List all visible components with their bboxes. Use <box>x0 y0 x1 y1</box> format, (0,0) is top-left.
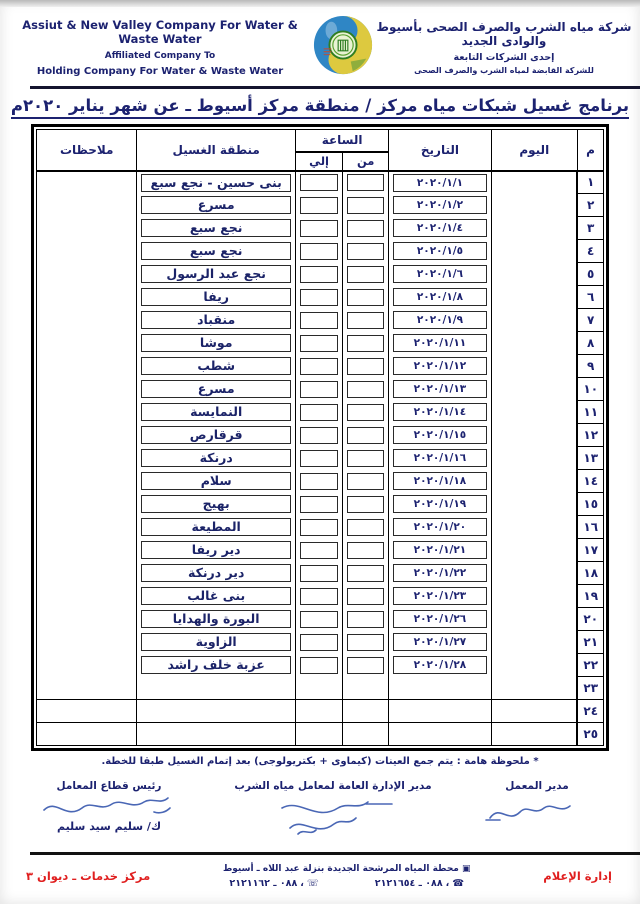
hour-to-box <box>300 381 338 398</box>
day-cell <box>491 286 577 309</box>
area-value: دير ريفا <box>141 541 291 559</box>
date-cell: ٢٠٢٠/١/١٣ <box>389 378 491 401</box>
hour-from-cell <box>343 631 389 654</box>
hour-from-cell <box>343 723 389 746</box>
area-value: البورة والهدايا <box>141 610 291 628</box>
hour-to-box <box>300 427 338 444</box>
hour-from-cell <box>343 654 389 677</box>
hour-from-cell <box>343 401 389 424</box>
hour-from-box <box>347 588 384 605</box>
day-cell <box>491 171 577 194</box>
signature-block: مدير المعمل مدير الإدارة العامة لمعامل م… <box>0 767 640 842</box>
hour-from-cell <box>343 700 389 723</box>
notes-cell <box>37 654 137 677</box>
date-cell: ٢٠٢٠/١/١٦ <box>389 447 491 470</box>
row-number-cell: ١٩ <box>577 585 603 608</box>
hour-to-box <box>300 496 338 513</box>
date-cell <box>389 677 491 700</box>
table-row: ١٢٠٢٠/١/١بنى حسين - نجع سبع <box>37 171 604 194</box>
area-cell: درنكة <box>137 447 296 470</box>
area-value: قرقارص <box>141 426 291 444</box>
area-value: بنى حسين - نجع سبع <box>141 174 291 192</box>
document-title: برنامج غسيل شبكات مياه مركز / منطقة مركز… <box>0 96 640 115</box>
table-row: ١٧٢٠٢٠/١/٢١دير ريفا <box>37 539 604 562</box>
date-value: ٢٠٢٠/١/٢٠ <box>393 518 486 536</box>
date-cell: ٢٠٢٠/١/١١ <box>389 332 491 355</box>
date-cell <box>389 700 491 723</box>
notes-cell <box>37 217 137 240</box>
row-number-cell: ١٢ <box>577 424 603 447</box>
hour-from-box <box>347 657 384 674</box>
signature-sector-head-title: رئيس قطاع المعامل <box>34 780 184 792</box>
area-cell: المطيعة <box>137 516 296 539</box>
notes-cell <box>37 171 137 194</box>
notes-cell <box>37 286 137 309</box>
schedule-table-frame: م اليوم التاريخ الساعة منطقة الغسيل ملاح… <box>31 124 609 751</box>
hour-from-cell <box>343 355 389 378</box>
notes-cell <box>37 424 137 447</box>
notes-cell <box>37 378 137 401</box>
date-cell: ٢٠٢٠/١/٢٨ <box>389 654 491 677</box>
area-cell: نجع سبع <box>137 240 296 263</box>
area-cell: البورة والهدايا <box>137 608 296 631</box>
area-cell: ريفا <box>137 286 296 309</box>
area-cell: مسرع <box>137 194 296 217</box>
footer-services-center: مركز خدمات ـ ديوان ٣ <box>26 869 150 883</box>
date-value: ٢٠٢٠/١/١٢ <box>393 357 486 375</box>
hour-from-cell <box>343 470 389 493</box>
date-cell: ٢٠٢٠/١/١٥ <box>389 424 491 447</box>
table-row: ١٣٢٠٢٠/١/١٦درنكة <box>37 447 604 470</box>
area-value: شطب <box>141 357 291 375</box>
hour-from-box <box>347 473 384 490</box>
table-row: ١٢٢٠٢٠/١/١٥قرقارص <box>37 424 604 447</box>
date-value: ٢٠٢٠/١/١٩ <box>393 495 486 513</box>
notes-cell <box>37 332 137 355</box>
area-cell <box>137 677 296 700</box>
row-number-cell: ١٦ <box>577 516 603 539</box>
footer-phones: ٠٨٨ ـ ٢١٢١٦٥٤،☎ ٠٨٨ ـ ٢١٢١١٦٢،☏ <box>223 878 471 889</box>
lab-manager-signature-icon <box>482 794 592 832</box>
company-name-english: Assiut & New Valley Company For Water & … <box>10 18 310 77</box>
hour-from-cell <box>343 217 389 240</box>
date-cell: ٢٠٢٠/١/٢٢ <box>389 562 491 585</box>
table-row: ١٤٢٠٢٠/١/١٨سلام <box>37 470 604 493</box>
area-cell: عزبة خلف راشد <box>137 654 296 677</box>
hour-to-box <box>300 404 338 421</box>
hour-to-box <box>300 450 338 467</box>
day-cell <box>491 677 577 700</box>
date-cell: ٢٠٢٠/١/٤ <box>389 217 491 240</box>
date-value: ٢٠٢٠/١/٢٨ <box>393 656 486 674</box>
hour-to-cell <box>295 700 342 723</box>
hour-to-cell <box>295 608 342 631</box>
date-value: ٢٠٢٠/١/٢٧ <box>393 633 486 651</box>
hour-to-box <box>300 243 338 260</box>
hour-to-cell <box>295 332 342 355</box>
company-name-english-line2: Affiliated Company To <box>10 51 310 61</box>
notes-cell <box>37 585 137 608</box>
notes-cell <box>37 539 137 562</box>
date-cell: ٢٠٢٠/١/٥ <box>389 240 491 263</box>
table-row: ٢٢٠٢٠/١/٢مسرع <box>37 194 604 217</box>
row-number-cell: ٦ <box>577 286 603 309</box>
area-value: منقباد <box>141 311 291 329</box>
hour-to-cell <box>295 585 342 608</box>
table-row: ٢١٢٠٢٠/١/٢٧الزاوية <box>37 631 604 654</box>
col-header-hour-to: إلي <box>295 152 342 171</box>
hour-from-box <box>347 634 384 651</box>
col-header-date: التاريخ <box>389 130 491 171</box>
signature-lab-manager-title: مدير المعمل <box>482 780 592 792</box>
day-cell <box>491 562 577 585</box>
general-manager-signature-icon <box>268 794 398 842</box>
fax-group: ٠٨٨ ـ ٢١٢١١٦٢،☏ <box>229 878 318 889</box>
area-cell: بنى غالب <box>137 585 296 608</box>
hour-to-box <box>300 335 338 352</box>
table-row: ٣٢٠٢٠/١/٤نجع سبع <box>37 217 604 240</box>
notes-cell <box>37 240 137 263</box>
date-value: ٢٠٢٠/١/١٣ <box>393 380 486 398</box>
table-row: ٩٢٠٢٠/١/١٢شطب <box>37 355 604 378</box>
hour-from-box <box>347 519 384 536</box>
table-row: ٢٠٢٠٢٠/١/٢٦البورة والهدايا <box>37 608 604 631</box>
row-number-cell: ٢٢ <box>577 654 603 677</box>
table-row: ٥٢٠٢٠/١/٦نجع عبد الرسول <box>37 263 604 286</box>
hour-from-box <box>347 335 384 352</box>
day-cell <box>491 401 577 424</box>
table-row: ١٥٢٠٢٠/١/١٩بهيج <box>37 493 604 516</box>
area-cell: بهيج <box>137 493 296 516</box>
hour-from-cell <box>343 378 389 401</box>
hour-from-box <box>347 220 384 237</box>
row-number-cell: ٢٣ <box>577 677 603 700</box>
letterhead: Assiut & New Valley Company For Water & … <box>0 0 640 82</box>
notes-cell <box>37 700 137 723</box>
hour-to-cell <box>295 309 342 332</box>
date-cell <box>389 723 491 746</box>
hour-from-box <box>347 381 384 398</box>
area-cell: موشا <box>137 332 296 355</box>
area-value: نجع سبع <box>141 219 291 237</box>
hour-from-box <box>347 565 384 582</box>
area-value: سلام <box>141 472 291 490</box>
date-value: ٢٠٢٠/١/٢١ <box>393 541 486 559</box>
area-value: بنى غالب <box>141 587 291 605</box>
hour-to-cell <box>295 194 342 217</box>
area-cell: دير ريفا <box>137 539 296 562</box>
area-cell: شطب <box>137 355 296 378</box>
row-number-cell: ١ <box>577 171 603 194</box>
hour-to-cell <box>295 355 342 378</box>
notes-cell <box>37 516 137 539</box>
hour-from-cell <box>343 516 389 539</box>
hour-from-cell <box>343 286 389 309</box>
hour-from-cell <box>343 608 389 631</box>
signature-lab-manager: مدير المعمل <box>482 780 592 842</box>
hour-from-box <box>347 542 384 559</box>
hour-from-box <box>347 289 384 306</box>
date-cell: ٢٠٢٠/١/٢٣ <box>389 585 491 608</box>
hour-to-cell <box>295 378 342 401</box>
hour-to-box <box>300 473 338 490</box>
hour-from-cell <box>343 493 389 516</box>
area-value: النمايسة <box>141 403 291 421</box>
table-header: م اليوم التاريخ الساعة منطقة الغسيل ملاح… <box>37 130 604 171</box>
hour-to-box <box>300 542 338 559</box>
sector-head-signature-icon <box>34 794 184 820</box>
day-cell <box>491 309 577 332</box>
hour-from-cell <box>343 332 389 355</box>
company-name-arabic-line2: إحدى الشركات التابعة <box>376 52 632 63</box>
footer-station-info: ▣ محطة المياه المرشحة الجديدة بنزلة عبد … <box>223 864 471 889</box>
date-cell: ٢٠٢٠/١/٩ <box>389 309 491 332</box>
table-row: ٢٥ <box>37 723 604 746</box>
area-cell <box>137 700 296 723</box>
col-header-notes: ملاحظات <box>37 130 137 171</box>
hour-to-box <box>300 220 338 237</box>
notes-cell <box>37 723 137 746</box>
notes-cell <box>37 401 137 424</box>
date-cell: ٢٠٢٠/١/٢٠ <box>389 516 491 539</box>
hour-to-box <box>300 611 338 628</box>
footer-media-department: إدارة الإعلام <box>543 869 612 883</box>
hour-from-cell <box>343 194 389 217</box>
company-name-english-line1: Assiut & New Valley Company For Water & … <box>10 18 310 46</box>
notes-cell <box>37 631 137 654</box>
area-cell <box>137 723 296 746</box>
day-cell <box>491 194 577 217</box>
important-note: * ملحوظة هامة : يتم جمع العينات (كيماوى … <box>0 756 640 767</box>
area-cell: منقباد <box>137 309 296 332</box>
row-number-cell: ٢٤ <box>577 700 603 723</box>
date-cell: ٢٠٢٠/١/٦ <box>389 263 491 286</box>
area-value: موشا <box>141 334 291 352</box>
company-name-arabic-line1: شركة مياه الشرب والصرف الصحى بأسيوط والو… <box>376 20 632 48</box>
date-value: ٢٠٢٠/١/٥ <box>393 242 486 260</box>
date-value: ٢٠٢٠/١/٨ <box>393 288 486 306</box>
hour-from-cell <box>343 424 389 447</box>
hour-to-box <box>300 197 338 214</box>
hour-to-cell <box>295 401 342 424</box>
area-cell: مسرع <box>137 378 296 401</box>
date-value: ٢٠٢٠/١/١٤ <box>393 403 486 421</box>
row-number-cell: ١٥ <box>577 493 603 516</box>
area-cell: سلام <box>137 470 296 493</box>
hour-to-box <box>300 266 338 283</box>
row-number-cell: ٢٥ <box>577 723 603 746</box>
notes-cell <box>37 263 137 286</box>
day-cell <box>491 240 577 263</box>
col-header-area: منطقة الغسيل <box>137 130 296 171</box>
table-row: ١١٢٠٢٠/١/١٤النمايسة <box>37 401 604 424</box>
date-value: ٢٠٢٠/١/٤ <box>393 219 486 237</box>
row-number-cell: ١٨ <box>577 562 603 585</box>
row-number-cell: ٨ <box>577 332 603 355</box>
area-cell: دير درنكة <box>137 562 296 585</box>
day-cell <box>491 447 577 470</box>
area-value: نجع عبد الرسول <box>141 265 291 283</box>
day-cell <box>491 631 577 654</box>
date-value: ٢٠٢٠/١/١٥ <box>393 426 486 444</box>
signature-sector-head-name: ك/ سليم سيد سليم <box>34 820 184 833</box>
hour-from-box <box>347 266 384 283</box>
area-value: الزاوية <box>141 633 291 651</box>
header-divider <box>30 86 640 89</box>
hour-from-cell <box>343 585 389 608</box>
day-cell <box>491 700 577 723</box>
table-row: ٦٢٠٢٠/١/٨ريفا <box>37 286 604 309</box>
hour-to-box <box>300 312 338 329</box>
row-number-cell: ٥ <box>577 263 603 286</box>
hour-to-box <box>300 634 338 651</box>
col-header-hour: الساعة <box>295 130 388 152</box>
area-cell: قرقارص <box>137 424 296 447</box>
hour-from-box <box>347 450 384 467</box>
hour-from-cell <box>343 447 389 470</box>
scan-artifact-strip <box>0 0 640 7</box>
date-cell: ٢٠٢٠/١/١ <box>389 171 491 194</box>
table-row: ٢٤ <box>37 700 604 723</box>
fax-number: ٠٨٨ ـ ٢١٢١١٦٢ <box>229 878 297 889</box>
day-cell <box>491 516 577 539</box>
table-row: ١٠٢٠٢٠/١/١٣مسرع <box>37 378 604 401</box>
hour-from-box <box>347 243 384 260</box>
date-cell: ٢٠٢٠/١/١٢ <box>389 355 491 378</box>
document-page: Assiut & New Valley Company For Water & … <box>0 0 640 904</box>
comma-separator: ، <box>300 878 304 889</box>
signature-sector-head: رئيس قطاع المعامل ك/ سليم سيد سليم <box>34 780 184 842</box>
day-cell <box>491 654 577 677</box>
hour-from-cell <box>343 677 389 700</box>
company-logo-icon <box>310 14 376 80</box>
table-row: ١٨٢٠٢٠/١/٢٢دير درنكة <box>37 562 604 585</box>
hour-from-cell <box>343 309 389 332</box>
hour-to-cell <box>295 493 342 516</box>
row-number-cell: ٤ <box>577 240 603 263</box>
hour-to-cell <box>295 654 342 677</box>
hour-from-cell <box>343 562 389 585</box>
date-value: ٢٠٢٠/١/٦ <box>393 265 486 283</box>
area-cell: النمايسة <box>137 401 296 424</box>
hour-to-box <box>300 289 338 306</box>
hour-to-box <box>300 565 338 582</box>
station-icon: ▣ <box>462 864 471 874</box>
col-header-hour-from: من <box>343 152 389 171</box>
area-value: بهيج <box>141 495 291 513</box>
company-name-english-line3: Holding Company For Water & Waste Water <box>10 66 310 77</box>
date-cell: ٢٠٢٠/١/٢٧ <box>389 631 491 654</box>
row-number-cell: ٧ <box>577 309 603 332</box>
date-cell: ٢٠٢٠/١/٢٦ <box>389 608 491 631</box>
hour-from-box <box>347 174 384 191</box>
date-value: ٢٠٢٠/١/١١ <box>393 334 486 352</box>
date-cell: ٢٠٢٠/١/١٤ <box>389 401 491 424</box>
day-cell <box>491 723 577 746</box>
notes-cell <box>37 355 137 378</box>
area-value: المطيعة <box>141 518 291 536</box>
hour-from-cell <box>343 263 389 286</box>
day-cell <box>491 470 577 493</box>
hour-to-cell <box>295 240 342 263</box>
area-cell: نجع سبع <box>137 217 296 240</box>
row-number-cell: ١١ <box>577 401 603 424</box>
area-value: درنكة <box>141 449 291 467</box>
hour-to-cell <box>295 516 342 539</box>
area-cell: نجع عبد الرسول <box>137 263 296 286</box>
hour-to-box <box>300 358 338 375</box>
table-row: ٧٢٠٢٠/١/٩منقباد <box>37 309 604 332</box>
signature-general-manager: مدير الإدارة العامة لمعامل مياه الشرب <box>234 780 431 842</box>
area-cell: بنى حسين - نجع سبع <box>137 171 296 194</box>
hour-to-cell <box>295 447 342 470</box>
date-value: ٢٠٢٠/١/٢٣ <box>393 587 486 605</box>
row-number-cell: ١٤ <box>577 470 603 493</box>
table-row: ١٦٢٠٢٠/١/٢٠المطيعة <box>37 516 604 539</box>
date-value: ٢٠٢٠/١/١ <box>393 174 486 192</box>
area-value: مسرع <box>141 196 291 214</box>
notes-cell <box>37 608 137 631</box>
date-value: ٢٠٢٠/١/٢ <box>393 196 486 214</box>
hour-to-cell <box>295 217 342 240</box>
date-value: ٢٠٢٠/١/٩ <box>393 311 486 329</box>
hour-from-cell <box>343 539 389 562</box>
date-value: ٢٠٢٠/١/٢٦ <box>393 610 486 628</box>
area-value: دير درنكة <box>141 564 291 582</box>
notes-cell <box>37 562 137 585</box>
date-cell: ٢٠٢٠/١/٢ <box>389 194 491 217</box>
hour-from-box <box>347 197 384 214</box>
comma-separator: ، <box>446 878 450 889</box>
day-cell <box>491 539 577 562</box>
col-header-day: اليوم <box>491 130 577 171</box>
hour-from-box <box>347 427 384 444</box>
hour-from-cell <box>343 171 389 194</box>
day-cell <box>491 217 577 240</box>
hour-to-box <box>300 519 338 536</box>
row-number-cell: ١٣ <box>577 447 603 470</box>
signature-general-manager-title: مدير الإدارة العامة لمعامل مياه الشرب <box>234 780 431 792</box>
hour-from-box <box>347 611 384 628</box>
notes-cell <box>37 493 137 516</box>
hour-to-cell <box>295 539 342 562</box>
day-cell <box>491 355 577 378</box>
hour-to-cell <box>295 263 342 286</box>
company-name-arabic-line3: للشركة القابضة لمياه الشرب والصرف الصحى <box>376 66 632 75</box>
row-number-cell: ٩ <box>577 355 603 378</box>
row-number-cell: ٢٠ <box>577 608 603 631</box>
hour-to-cell <box>295 171 342 194</box>
row-number-cell: ٢١ <box>577 631 603 654</box>
date-value: ٢٠٢٠/١/٢٢ <box>393 564 486 582</box>
notes-cell <box>37 470 137 493</box>
hour-to-box <box>300 588 338 605</box>
notes-cell <box>37 677 137 700</box>
row-number-cell: ٣ <box>577 217 603 240</box>
area-value: مسرع <box>141 380 291 398</box>
hour-from-cell <box>343 240 389 263</box>
day-cell <box>491 378 577 401</box>
notes-cell <box>37 194 137 217</box>
fax-icon: ☏ <box>307 878 319 889</box>
hour-to-cell <box>295 286 342 309</box>
day-cell <box>491 493 577 516</box>
date-cell: ٢٠٢٠/١/١٩ <box>389 493 491 516</box>
day-cell <box>491 263 577 286</box>
notes-cell <box>37 447 137 470</box>
station-address: محطة المياه المرشحة الجديدة بنزلة عبد ال… <box>223 864 459 874</box>
table-body: ١٢٠٢٠/١/١بنى حسين - نجع سبع٢٢٠٢٠/١/٢مسرع… <box>37 171 604 746</box>
